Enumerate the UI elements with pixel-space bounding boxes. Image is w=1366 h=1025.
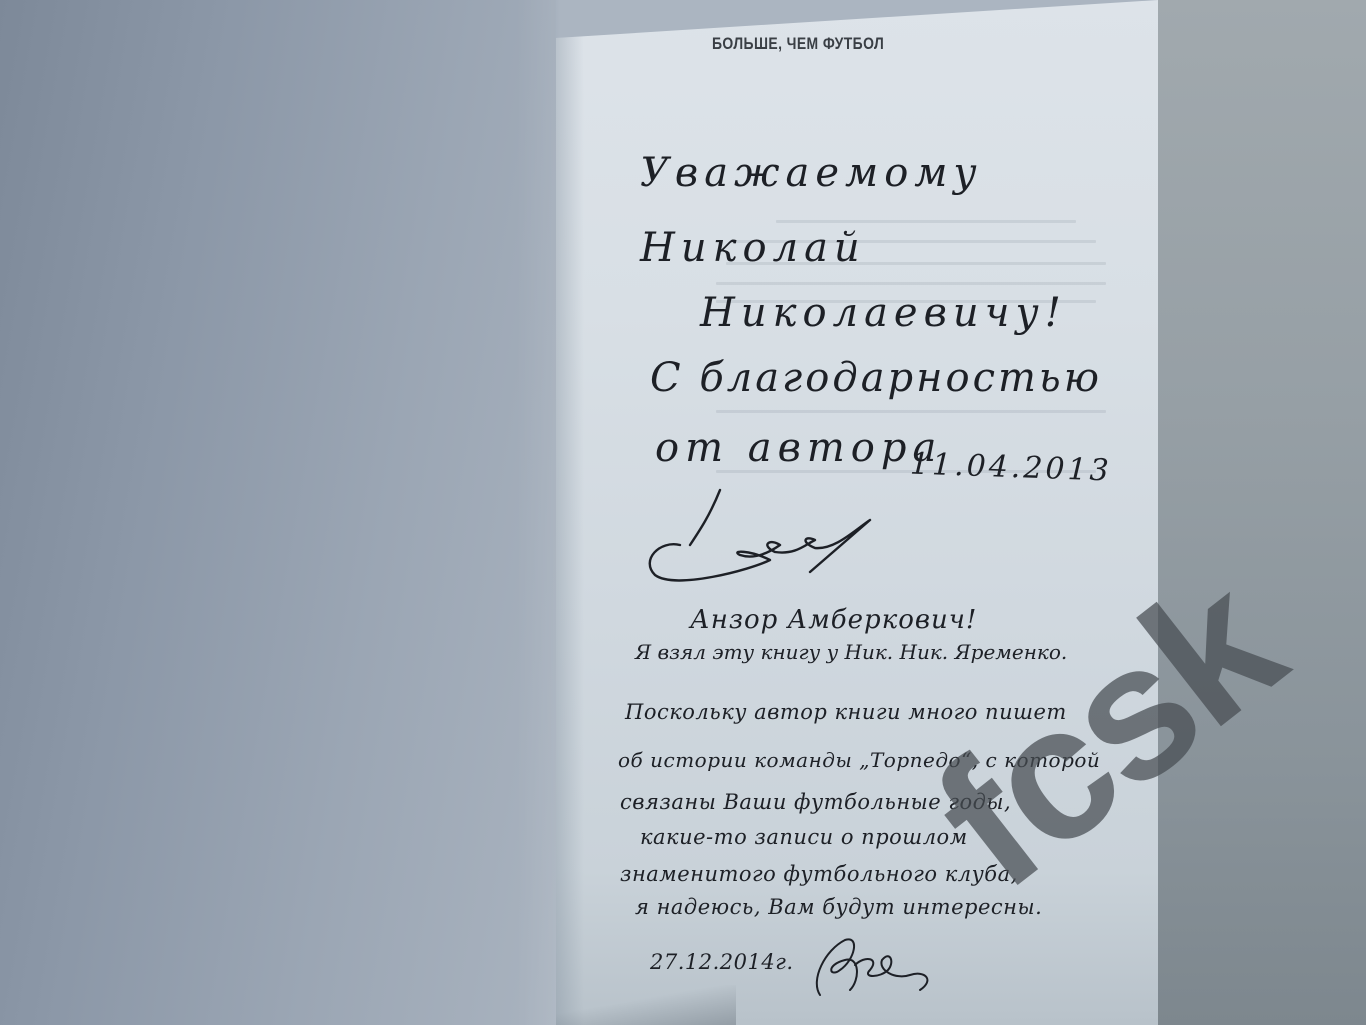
inscription-line: Уважаемому: [640, 150, 983, 196]
bleed-through-line: [716, 410, 1106, 413]
bleed-through-line: [716, 282, 1106, 285]
background-surface: [1156, 0, 1366, 1025]
signature-icon: [630, 490, 1050, 600]
inscription-date: 27.12.2014г.: [650, 950, 794, 974]
bleed-through-line: [776, 220, 1076, 223]
author-signature: [630, 490, 1050, 604]
inscription-line: Николай: [640, 225, 866, 271]
inscription-line: С благодарностью: [650, 355, 1102, 401]
inscription-line: какие-то записи о прошлом: [640, 825, 968, 849]
inscription-date: 11.04.2013: [909, 446, 1112, 488]
signature-icon: [800, 920, 980, 1010]
inscription-line: Я взял эту книгу у Ник. Ник. Яременко.: [635, 640, 1067, 664]
page-bottom-curl: [556, 985, 736, 1025]
book-running-head: БОЛЬШЕ, ЧЕМ ФУТБОЛ: [712, 34, 884, 54]
second-signature: [800, 920, 980, 1014]
inscription-line: от автора: [655, 425, 942, 471]
background-left-page: [0, 0, 556, 1025]
inscription-line: знаменитого футбольного клуба,: [620, 862, 1018, 886]
page-fold-shadow: [516, 0, 556, 1025]
inscription-line: Николаевичу!: [700, 290, 1067, 336]
inscription-greeting: Анзор Амберкович!: [690, 605, 977, 635]
inscription-line: я надеюсь, Вам будут интересны.: [635, 895, 1042, 919]
gutter-shadow: [556, 0, 584, 1025]
